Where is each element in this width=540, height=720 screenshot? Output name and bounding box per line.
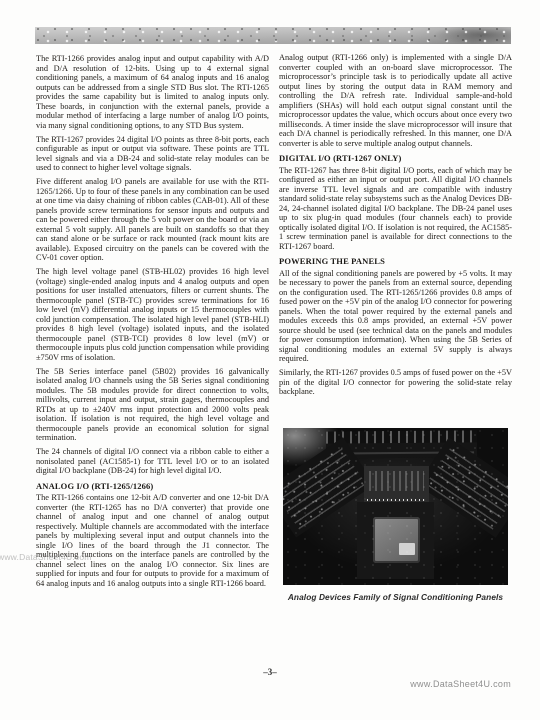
footer-url: www.DataSheet4U.com [410, 679, 511, 689]
paragraph: The 24 channels of digital I/O connect v… [36, 447, 269, 476]
right-column: Analog output (RTI-1266 only) is impleme… [279, 53, 512, 401]
paragraph: Similarly, the RTI-1267 provides 0.5 amp… [279, 368, 512, 397]
photo-grain-overlay [283, 428, 508, 585]
paragraph: The high level voltage panel (STB-HL02) … [36, 267, 269, 362]
paragraph: The RTI-1267 has three 8-bit digital I/O… [279, 166, 512, 252]
scan-noise-band [35, 27, 511, 44]
paragraph: Five different analog I/O panels are ava… [36, 177, 269, 263]
section-heading-analog-io: ANALOG I/O (RTI-1265/1266) [36, 481, 269, 491]
figure-photo-signal-conditioning-panels [283, 428, 508, 585]
left-column: The RTI-1266 provides analog input and o… [36, 54, 269, 593]
paragraph: All of the signal conditioning panels ar… [279, 269, 512, 364]
figure-caption: Analog Devices Family of Signal Conditio… [281, 592, 510, 602]
paragraph: The 5B Series interface panel (5B02) pro… [36, 367, 269, 443]
watermark: www.DataSheet4U.com [0, 552, 92, 562]
paragraph: The RTI-1266 contains one 12-bit A/D con… [36, 493, 269, 588]
paragraph: The RTI-1267 provides 24 digital I/O poi… [36, 135, 269, 173]
section-heading-digital-io: DIGITAL I/O (RTI-1267 ONLY) [279, 153, 512, 163]
paragraph: Analog output (RTI-1266 only) is impleme… [279, 53, 512, 148]
datasheet-page: The RTI-1266 provides analog input and o… [0, 0, 540, 720]
paragraph: The RTI-1266 provides analog input and o… [36, 54, 269, 130]
section-heading-powering: POWERING THE PANELS [279, 256, 512, 266]
page-number: –3– [0, 667, 540, 677]
